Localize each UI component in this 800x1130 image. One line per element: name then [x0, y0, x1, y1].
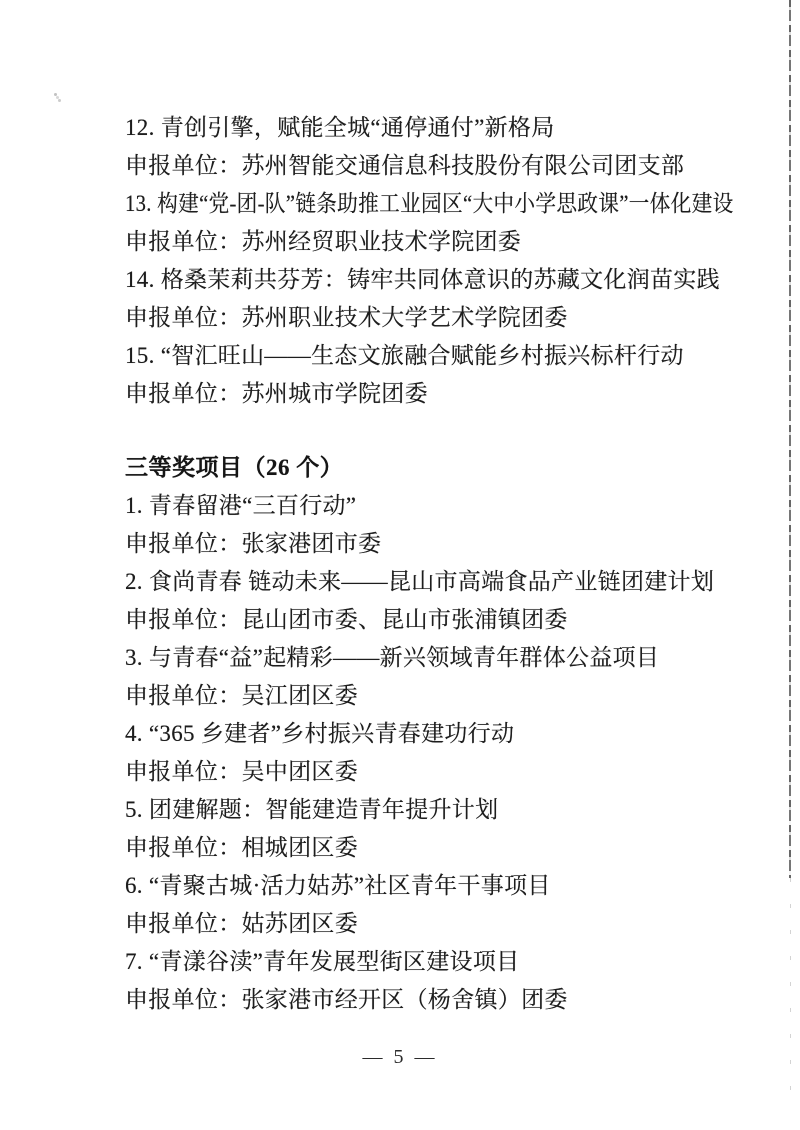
- project-title: 13. 构建“党-团-队”链条助推工业园区“大中小学思政课”一体化建设: [125, 182, 665, 220]
- applicant-unit: 申报单位：苏州城市学院团委: [125, 372, 725, 410]
- applicant-unit: 申报单位：吴江团区委: [125, 674, 725, 712]
- document-page: 12. 青创引擎，赋能全城“通停通付”新格局 申报单位：苏州智能交通信息科技股份…: [0, 0, 800, 1130]
- project-title: 14. 格桑茉莉共芬芳：铸牢共同体意识的苏藏文化润苗实践: [125, 258, 725, 296]
- scan-speck: [54, 93, 57, 96]
- project-title: 5. 团建解题：智能建造青年提升计划: [125, 788, 725, 826]
- scan-edge-artifact-faint: [790, 878, 791, 1108]
- applicant-unit: 申报单位：姑苏团区委: [125, 902, 725, 940]
- page-number: — 5 —: [0, 1046, 800, 1069]
- project-title: 7. “青漾谷渎”青年发展型街区建设项目: [125, 940, 725, 978]
- applicant-unit: 申报单位：吴中团区委: [125, 750, 725, 788]
- section-heading: 三等奖项目（26 个）: [125, 446, 725, 484]
- project-title: 3. 与青春“益”起精彩——新兴领域青年群体公益项目: [125, 636, 725, 674]
- applicant-unit: 申报单位：张家港团市委: [125, 522, 725, 560]
- award-list: 12. 青创引擎，赋能全城“通停通付”新格局 申报单位：苏州智能交通信息科技股份…: [125, 106, 725, 1016]
- project-title: 2. 食尚青春 链动未来——昆山市高端食品产业链团建计划: [125, 560, 725, 598]
- project-title: 15. “智汇旺山——生态文旅融合赋能乡村振兴标杆行动: [125, 334, 725, 372]
- applicant-unit: 申报单位：张家港市经开区（杨舍镇）团委: [125, 978, 725, 1016]
- project-title: 1. 青春留港“三百行动”: [125, 484, 725, 522]
- applicant-unit: 申报单位：苏州职业技术大学艺术学院团委: [125, 296, 725, 334]
- scan-edge-artifact: [789, 0, 791, 878]
- project-title: 12. 青创引擎，赋能全城“通停通付”新格局: [125, 106, 725, 144]
- applicant-unit: 申报单位：相城团区委: [125, 826, 725, 864]
- applicant-unit: 申报单位：苏州经贸职业技术学院团委: [125, 220, 725, 258]
- applicant-unit: 申报单位：苏州智能交通信息科技股份有限公司团支部: [125, 144, 725, 182]
- applicant-unit: 申报单位：昆山团市委、昆山市张浦镇团委: [125, 598, 725, 636]
- project-title: 6. “青聚古城·活力姑苏”社区青年干事项目: [125, 864, 725, 902]
- project-title: 4. “365 乡建者”乡村振兴青春建功行动: [125, 712, 725, 750]
